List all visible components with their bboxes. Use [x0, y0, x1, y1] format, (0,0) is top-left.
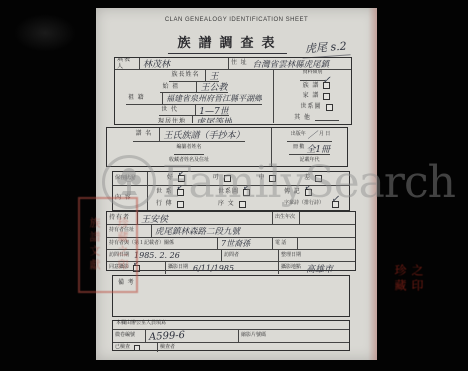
field-value: 台灣省雲林縣虎尾鎮 — [250, 58, 330, 69]
field-label: 住 址 — [229, 60, 250, 66]
field-label: 冊 數 — [291, 145, 306, 151]
title-english: CLAN GENEALOGY IDENTIFICATION SHEET — [96, 17, 377, 23]
checkbox — [239, 201, 246, 208]
field-value: ／ — [308, 128, 317, 141]
field-label: 填表人 — [115, 58, 139, 69]
field-label: 祖 籍 — [126, 95, 147, 101]
field-value: 7世裔孫 — [218, 238, 250, 249]
checkbox-label: 字輩詩（排行詩） — [282, 201, 330, 207]
field-label: 整理日期 — [279, 253, 303, 259]
checkbox-label: 世系圖 — [216, 189, 241, 195]
scanned-document-screen: CLAN GENEALOGY IDENTIFICATION SHEET 族譜調查… — [0, 0, 468, 371]
check-mark: ✓ — [176, 186, 184, 193]
office-use-table: 本欄由辦公室人員填寫 微卷編號 A599-6 縮影片號碼 已檢查 檢查者 — [112, 320, 350, 351]
check-mark: ✓ — [322, 75, 330, 86]
seal-text: 之印 — [409, 264, 426, 294]
category-box: 資料類別 族 譜✓ 家 譜 世系圖 其 他 — [274, 70, 351, 123]
field-value: 王安侯 — [138, 212, 168, 224]
field-label: 月 日 — [317, 132, 332, 138]
field-value: 虎尾等地 — [193, 116, 232, 123]
field-label: 譜 名 — [133, 131, 154, 137]
red-seal-left: 族譜文獻 珍藏之印 — [78, 197, 138, 293]
field-value: 1985. 2. 26 — [131, 251, 180, 260]
page-title: 族譜調查表 — [167, 32, 286, 54]
scanner-background-smudge — [14, 14, 76, 52]
checkbox-label: 差 — [302, 175, 313, 181]
handwritten-annotation: 虎尾 s.2 — [301, 37, 350, 58]
category-header: 資料類別 — [300, 70, 324, 80]
checkbox — [269, 175, 276, 182]
checkbox: ✓ — [332, 201, 339, 208]
field-label: 世 代 — [159, 107, 180, 113]
field-value: 虎尾鎮林森路二段九號 — [152, 225, 240, 237]
checkbox-label: 世 系 — [154, 189, 175, 195]
other-underline — [315, 114, 339, 121]
field-label: 收藏者姓名及住址 — [167, 158, 211, 164]
check-mark: ✓ — [304, 186, 312, 193]
field-label: 始 祖 — [160, 84, 181, 90]
field-value: 林茂林 — [140, 58, 170, 69]
field-label: 記載年代 — [298, 158, 324, 164]
category-label: 族 譜 — [301, 83, 322, 89]
field-label: 攝影地點 — [279, 265, 303, 271]
table-basic-info: 填表人 林茂林 住 址 台灣省雲林縣虎尾鎮 族長姓名王 始 祖王公教 祖 籍福建… — [114, 57, 352, 125]
field-label: 族長姓名 — [169, 72, 201, 78]
field-value: 1—7世 — [196, 105, 228, 116]
seal-text: 珍藏 — [392, 264, 409, 294]
field-label: 出生年次 — [273, 215, 297, 221]
checkbox: ✓ — [243, 189, 250, 196]
checkbox-label: 可 — [211, 175, 222, 181]
checkbox: ✓ — [177, 189, 184, 196]
checkbox-label: 序 文 — [216, 201, 237, 207]
seal-text: 珍藏之印 — [114, 217, 130, 273]
microfilm-number: A599-6 — [146, 330, 185, 342]
checkbox-label: 好 — [165, 175, 176, 181]
field-label: 現居住地 — [156, 119, 188, 123]
category-label: 世系圖 — [298, 104, 323, 110]
checkbox: ✓ — [323, 82, 330, 89]
field-value: 全1冊 — [306, 142, 330, 155]
category-label: 家 譜 — [301, 93, 322, 99]
table-volume-info: 譜 名王氏族譜（手抄本） 編纂者姓名 收藏者姓名及住址 出版年 ／ 月 日 冊 … — [106, 127, 348, 167]
table-informant: 持有者 王安侯 出生年次 持有者住址 虎尾鎮林森路二段九號 持有者與（第１記載者… — [106, 211, 356, 271]
field-value: 王氏族譜（手抄本） — [160, 128, 244, 141]
field-label: 編纂者姓名 — [174, 145, 203, 151]
check-mark: ✓ — [331, 194, 339, 205]
checkbox-label: 中 — [256, 175, 267, 181]
field-label: 攝影日期 — [166, 265, 190, 271]
remarks-box: 備 考 — [112, 275, 350, 317]
field-label: 電 話 — [273, 241, 288, 247]
field-value: 高雄市 — [303, 262, 333, 274]
field-label: 出版年 — [289, 132, 308, 138]
field-label: 保存狀況 — [113, 176, 137, 182]
checkbox — [323, 93, 330, 100]
field-label: 縮影片號碼 — [239, 333, 268, 339]
field-label: 已檢查 — [113, 345, 132, 351]
checkbox — [134, 345, 140, 351]
table-contents-checkboxes: 保存狀況 好✓ 可 中 差 內 容 世 系✓ 行 傳 世系圖✓ — [112, 171, 350, 211]
checkbox: ✓ — [305, 189, 312, 196]
field-label: 檢查者 — [158, 345, 177, 351]
checkbox-label: 行 傳 — [154, 201, 175, 207]
field-value: 王公教 — [197, 82, 227, 93]
check-mark: ✓ — [177, 172, 185, 179]
genealogy-form-paper: CLAN GENEALOGY IDENTIFICATION SHEET 族譜調查… — [96, 8, 377, 360]
category-label: 其 他 — [292, 115, 313, 121]
paper-pink-edge — [368, 8, 377, 360]
office-header: 本欄由辦公室人員填寫 — [113, 321, 168, 329]
field-value: 6/11/1985 — [190, 264, 234, 273]
red-seal-right: 珍藏 之印 — [392, 250, 424, 308]
checkbox-label: 傳 記 — [282, 189, 303, 195]
checkbox — [177, 201, 184, 208]
field-value: 福建省泉州府晉江縣平湖鄉 — [163, 93, 262, 104]
field-label: 訪問者 — [222, 253, 241, 259]
checkbox — [224, 175, 231, 182]
checkbox — [326, 104, 333, 111]
seal-text: 族譜文獻 — [86, 217, 102, 273]
field-label: 微卷編號 — [113, 333, 137, 339]
checkbox: ✓ — [178, 175, 185, 182]
checkbox — [315, 175, 322, 182]
field-value: 王 — [206, 70, 218, 81]
check-mark: ✓ — [242, 186, 250, 193]
